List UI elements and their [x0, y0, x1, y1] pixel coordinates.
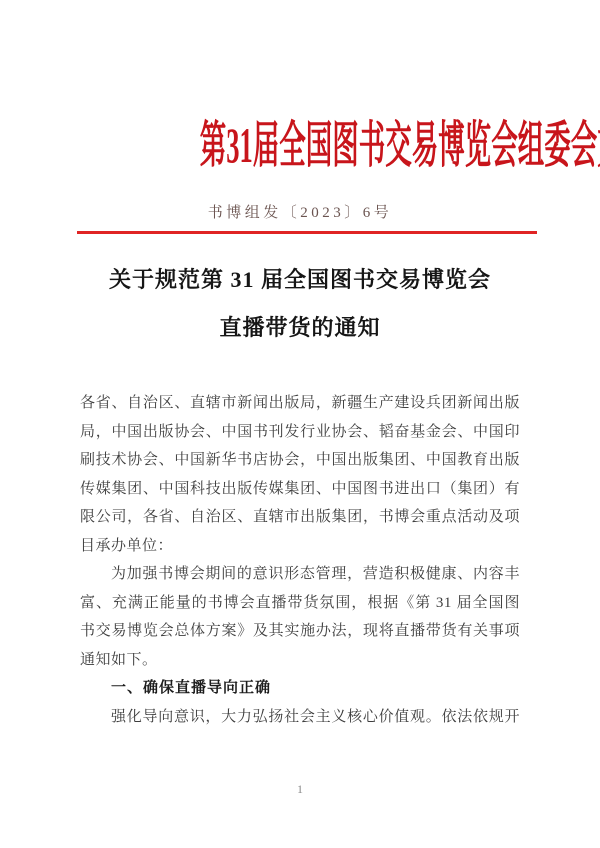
- document-header-title: 第31届全国图书交易博览会组委会文件: [200, 119, 600, 172]
- red-divider-line: [77, 231, 537, 234]
- text-line: 书交易博览会总体方案》及其实施办法，现将直播带货有关事项: [80, 617, 520, 646]
- text-line: 传媒集团、中国科技出版传媒集团、中国图书进出口（集团）有: [80, 475, 520, 504]
- document-body: 各省、自治区、直辖市新闻出版局，新疆生产建设兵团新闻出版局，中国出版协会、中国书…: [80, 389, 520, 731]
- text-line: 直播带货的通知: [0, 304, 600, 352]
- section-heading: 一、确保直播导向正确: [80, 674, 520, 703]
- page-number: 1: [0, 782, 600, 797]
- text-line: 通知如下。: [80, 646, 520, 675]
- text-line: 为加强书博会期间的意识形态管理，营造积极健康、内容丰: [80, 560, 520, 589]
- text-line: 各省、自治区、直辖市新闻出版局，新疆生产建设兵团新闻出版: [80, 389, 520, 418]
- document-page: 第31届全国图书交易博览会组委会文件 书博组发〔2023〕6号 关于规范第 31…: [0, 0, 600, 848]
- document-title: 关于规范第 31 届全国图书交易博览会直播带货的通知: [0, 256, 600, 352]
- text-line: 目承办单位：: [80, 532, 520, 561]
- document-header: 第31届全国图书交易博览会组委会文件: [0, 119, 600, 172]
- text-line: 限公司，各省、自治区、直辖市出版集团，书博会重点活动及项: [80, 503, 520, 532]
- text-line: 局，中国出版协会、中国书刊发行业协会、韬奋基金会、中国印: [80, 418, 520, 447]
- document-number: 书博组发〔2023〕6号: [0, 201, 600, 222]
- text-line: 强化导向意识，大力弘扬社会主义核心价值观。依法依规开: [80, 703, 520, 732]
- text-line: 刷技术协会、中国新华书店协会，中国出版集团、中国教育出版: [80, 446, 520, 475]
- text-line: 关于规范第 31 届全国图书交易博览会: [0, 256, 600, 304]
- text-line: 富、充满正能量的书博会直播带货氛围，根据《第 31 届全国图: [80, 589, 520, 618]
